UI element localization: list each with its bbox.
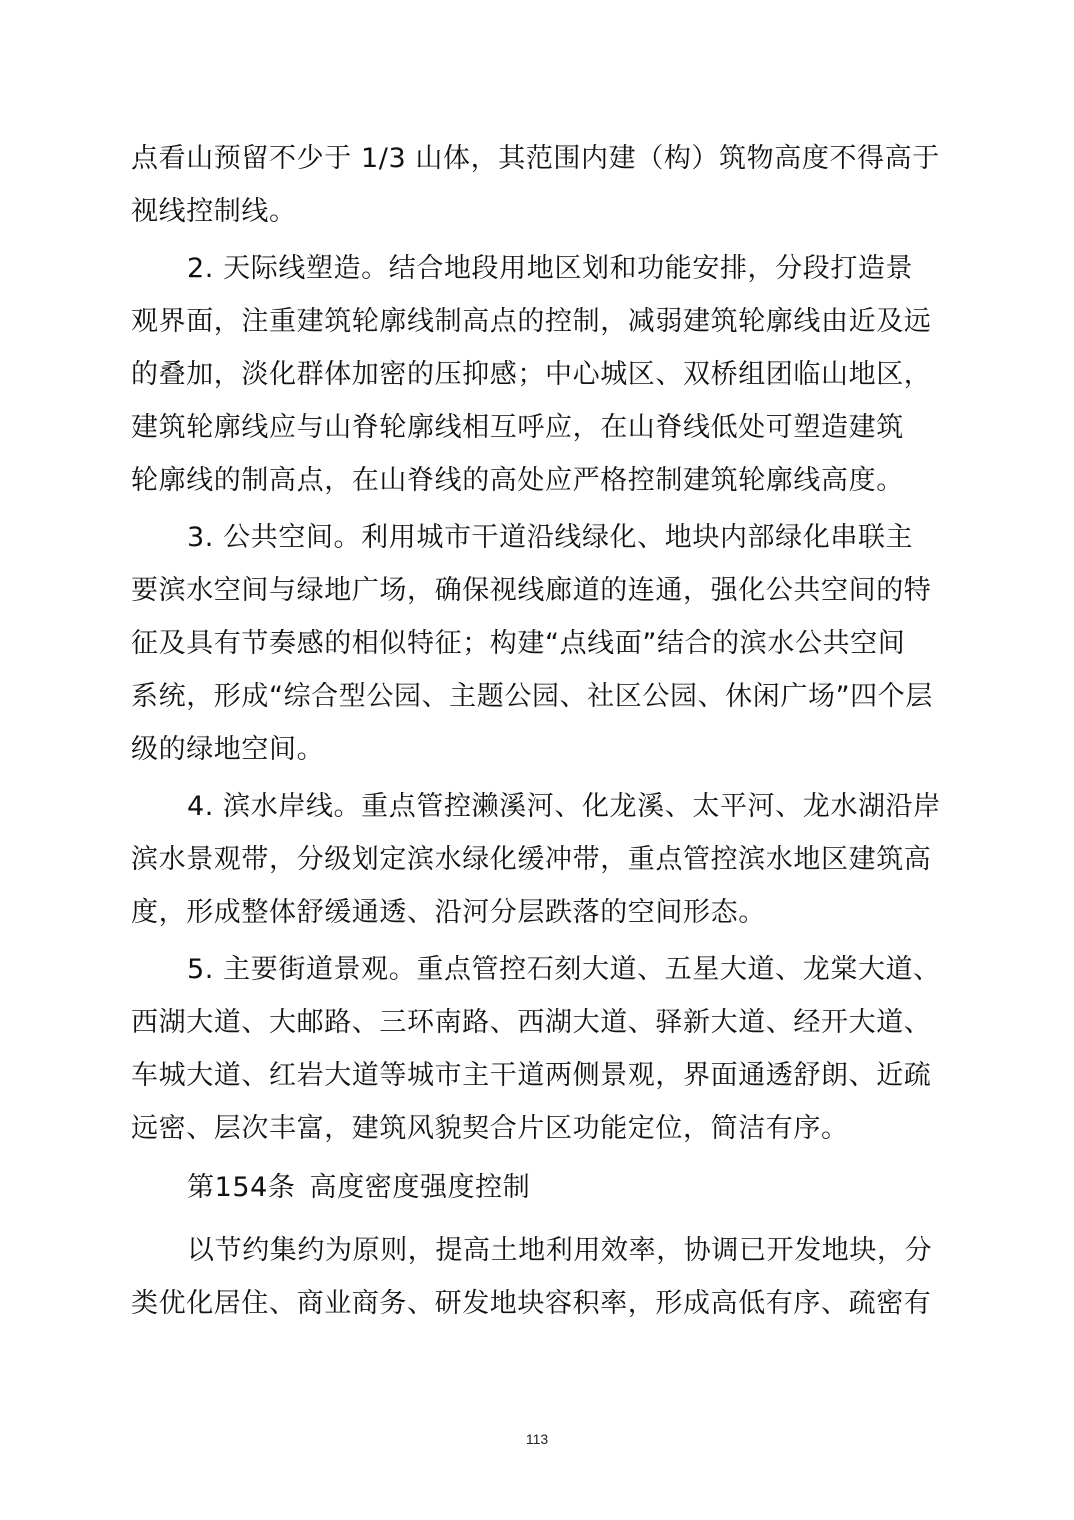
text-line: 级的绿地空间。 [131, 723, 946, 776]
text-line: 车城大道、红岩大道等城市主干道两侧景观，界面通透舒朗、近疏 [131, 1049, 946, 1102]
text-line: 系统，形成“综合型公园、主题公园、社区公园、休闲广场”四个层 [131, 670, 946, 723]
page-number: 113 [0, 1431, 1074, 1447]
text-line: 观界面，注重建筑轮廓线制高点的控制，减弱建筑轮廓线由近及远 [131, 295, 946, 348]
article-title: 高度密度强度控制 [310, 1172, 531, 1203]
text-line: 5. 主要街道景观。重点管控石刻大道、五星大道、龙棠大道、 [131, 943, 946, 996]
text-line: 4. 滨水岸线。重点管控濑溪河、化龙溪、太平河、龙水湖沿岸 [131, 780, 946, 833]
paragraph-skyline: 2. 天际线塑造。结合地段用地区划和功能安排，分段打造景 观界面，注重建筑轮廓线… [131, 242, 946, 507]
text-line: 3. 公共空间。利用城市干道沿线绿化、地块内部绿化串联主 [131, 511, 946, 564]
text-line: 点看山预留不少于 1/3 山体，其范围内建（构）筑物高度不得高于 [131, 132, 946, 185]
text-line: 度，形成整体舒缓通透、沿河分层跌落的空间形态。 [131, 886, 946, 939]
text-line: 2. 天际线塑造。结合地段用地区划和功能安排，分段打造景 [131, 242, 946, 295]
article-number: 第154条 [187, 1172, 296, 1203]
text-line: 西湖大道、大邮路、三环南路、西湖大道、驿新大道、经开大道、 [131, 996, 946, 1049]
paragraph-waterfront: 4. 滨水岸线。重点管控濑溪河、化龙溪、太平河、龙水湖沿岸 滨水景观带，分级划定… [131, 780, 946, 939]
text-line: 轮廓线的制高点，在山脊线的高处应严格控制建筑轮廓线高度。 [131, 454, 946, 507]
text-line: 以节约集约为原则，提高土地利用效率，协调已开发地块，分 [131, 1224, 946, 1277]
text-line: 的叠加，淡化群体加密的压抑感；中心城区、双桥组团临山地区， [131, 348, 946, 401]
paragraph-density: 以节约集约为原则，提高土地利用效率，协调已开发地块，分 类优化居住、商业商务、研… [131, 1224, 946, 1330]
paragraph-streets: 5. 主要街道景观。重点管控石刻大道、五星大道、龙棠大道、 西湖大道、大邮路、三… [131, 943, 946, 1155]
article-heading: 第154条高度密度强度控制 [131, 1161, 946, 1214]
text-line: 类优化居住、商业商务、研发地块容积率，形成高低有序、疏密有 [131, 1277, 946, 1330]
text-line: 视线控制线。 [131, 185, 946, 238]
text-line: 建筑轮廓线应与山脊轮廓线相互呼应，在山脊线低处可塑造建筑 [131, 401, 946, 454]
text-line: 滨水景观带，分级划定滨水绿化缓冲带，重点管控滨水地区建筑高 [131, 833, 946, 886]
text-line: 要滨水空间与绿地广场，确保视线廊道的连通，强化公共空间的特 [131, 564, 946, 617]
text-line: 征及具有节奏感的相似特征；构建“点线面”结合的滨水公共空间 [131, 617, 946, 670]
paragraph-continuation: 点看山预留不少于 1/3 山体，其范围内建（构）筑物高度不得高于 视线控制线。 [131, 132, 946, 238]
text-line: 远密、层次丰富，建筑风貌契合片区功能定位，简洁有序。 [131, 1102, 946, 1155]
document-page: 点看山预留不少于 1/3 山体，其范围内建（构）筑物高度不得高于 视线控制线。 … [131, 132, 946, 1334]
paragraph-public-space: 3. 公共空间。利用城市干道沿线绿化、地块内部绿化串联主 要滨水空间与绿地广场，… [131, 511, 946, 776]
